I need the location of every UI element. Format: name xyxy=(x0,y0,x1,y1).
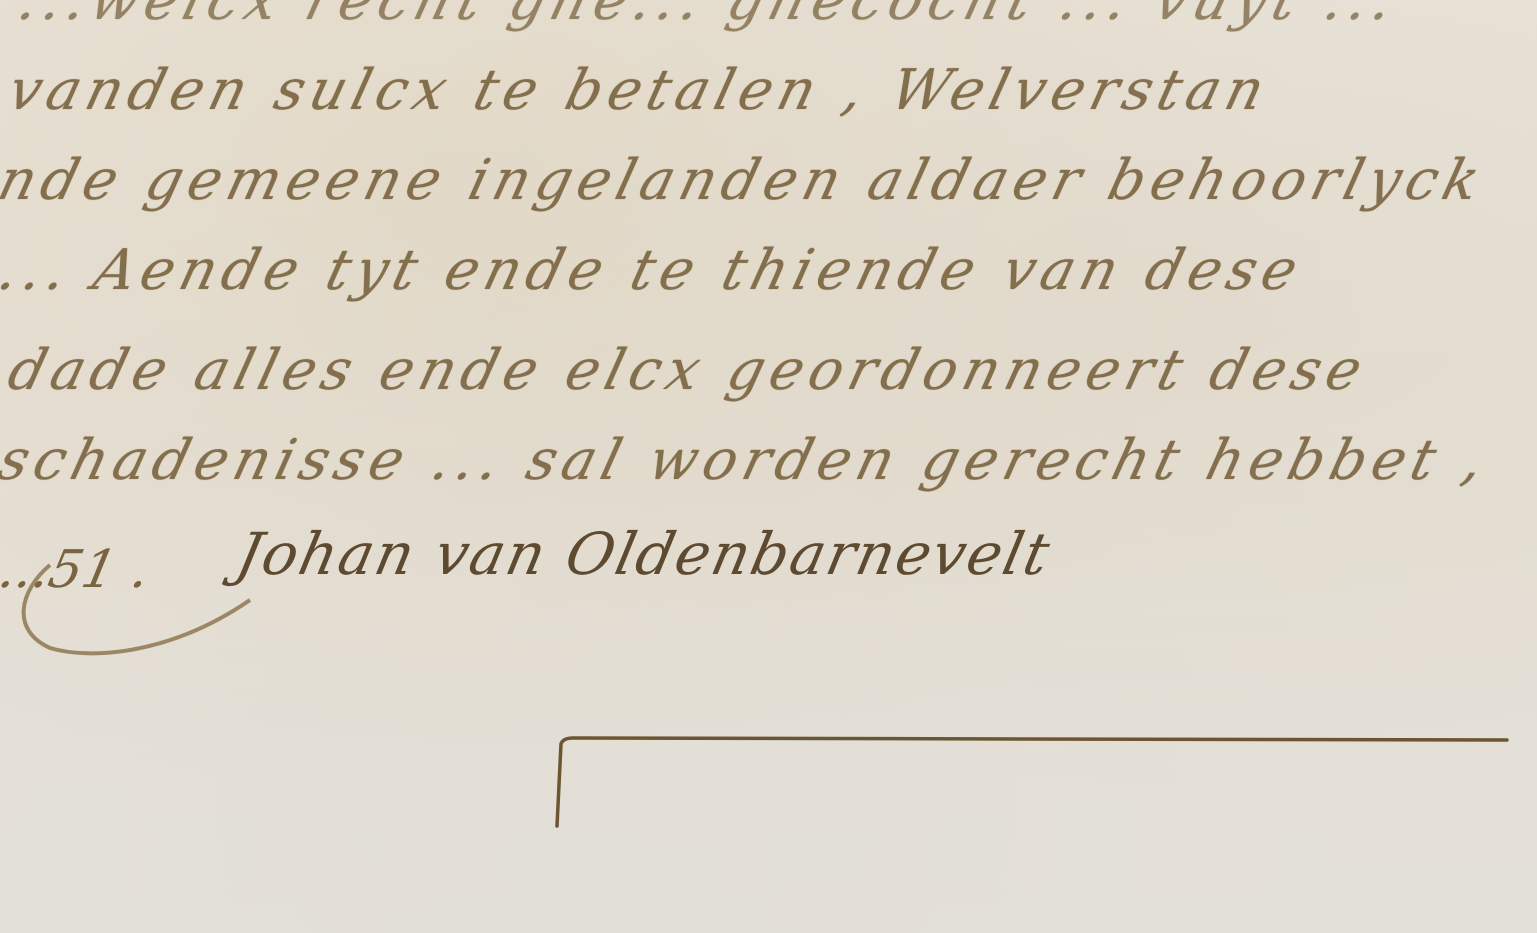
manuscript-page: ...welcx recht ghe... ghecocht ... vuyt … xyxy=(0,0,1537,933)
ruled-bracket-line xyxy=(545,728,1515,828)
text-line-1: ...welcx recht ghe... ghecocht ... vuyt … xyxy=(12,0,1405,33)
text-line-2: vanden sulcx te betalen , Welverstan xyxy=(2,58,1277,123)
text-line-6: schadenisse ... sal worden gerecht hebbe… xyxy=(0,428,1496,493)
text-line-3: nde gemeene ingelanden aldaer behoorlyck xyxy=(0,148,1492,213)
ink-flourish-icon xyxy=(10,560,270,670)
text-line-4: ... Aende tyt ende te thiende van dese xyxy=(0,238,1310,303)
signature: Johan van Oldenbarnevelt xyxy=(231,520,1057,588)
text-line-5: dade alles ende elcx geordonneert dese xyxy=(2,338,1374,403)
